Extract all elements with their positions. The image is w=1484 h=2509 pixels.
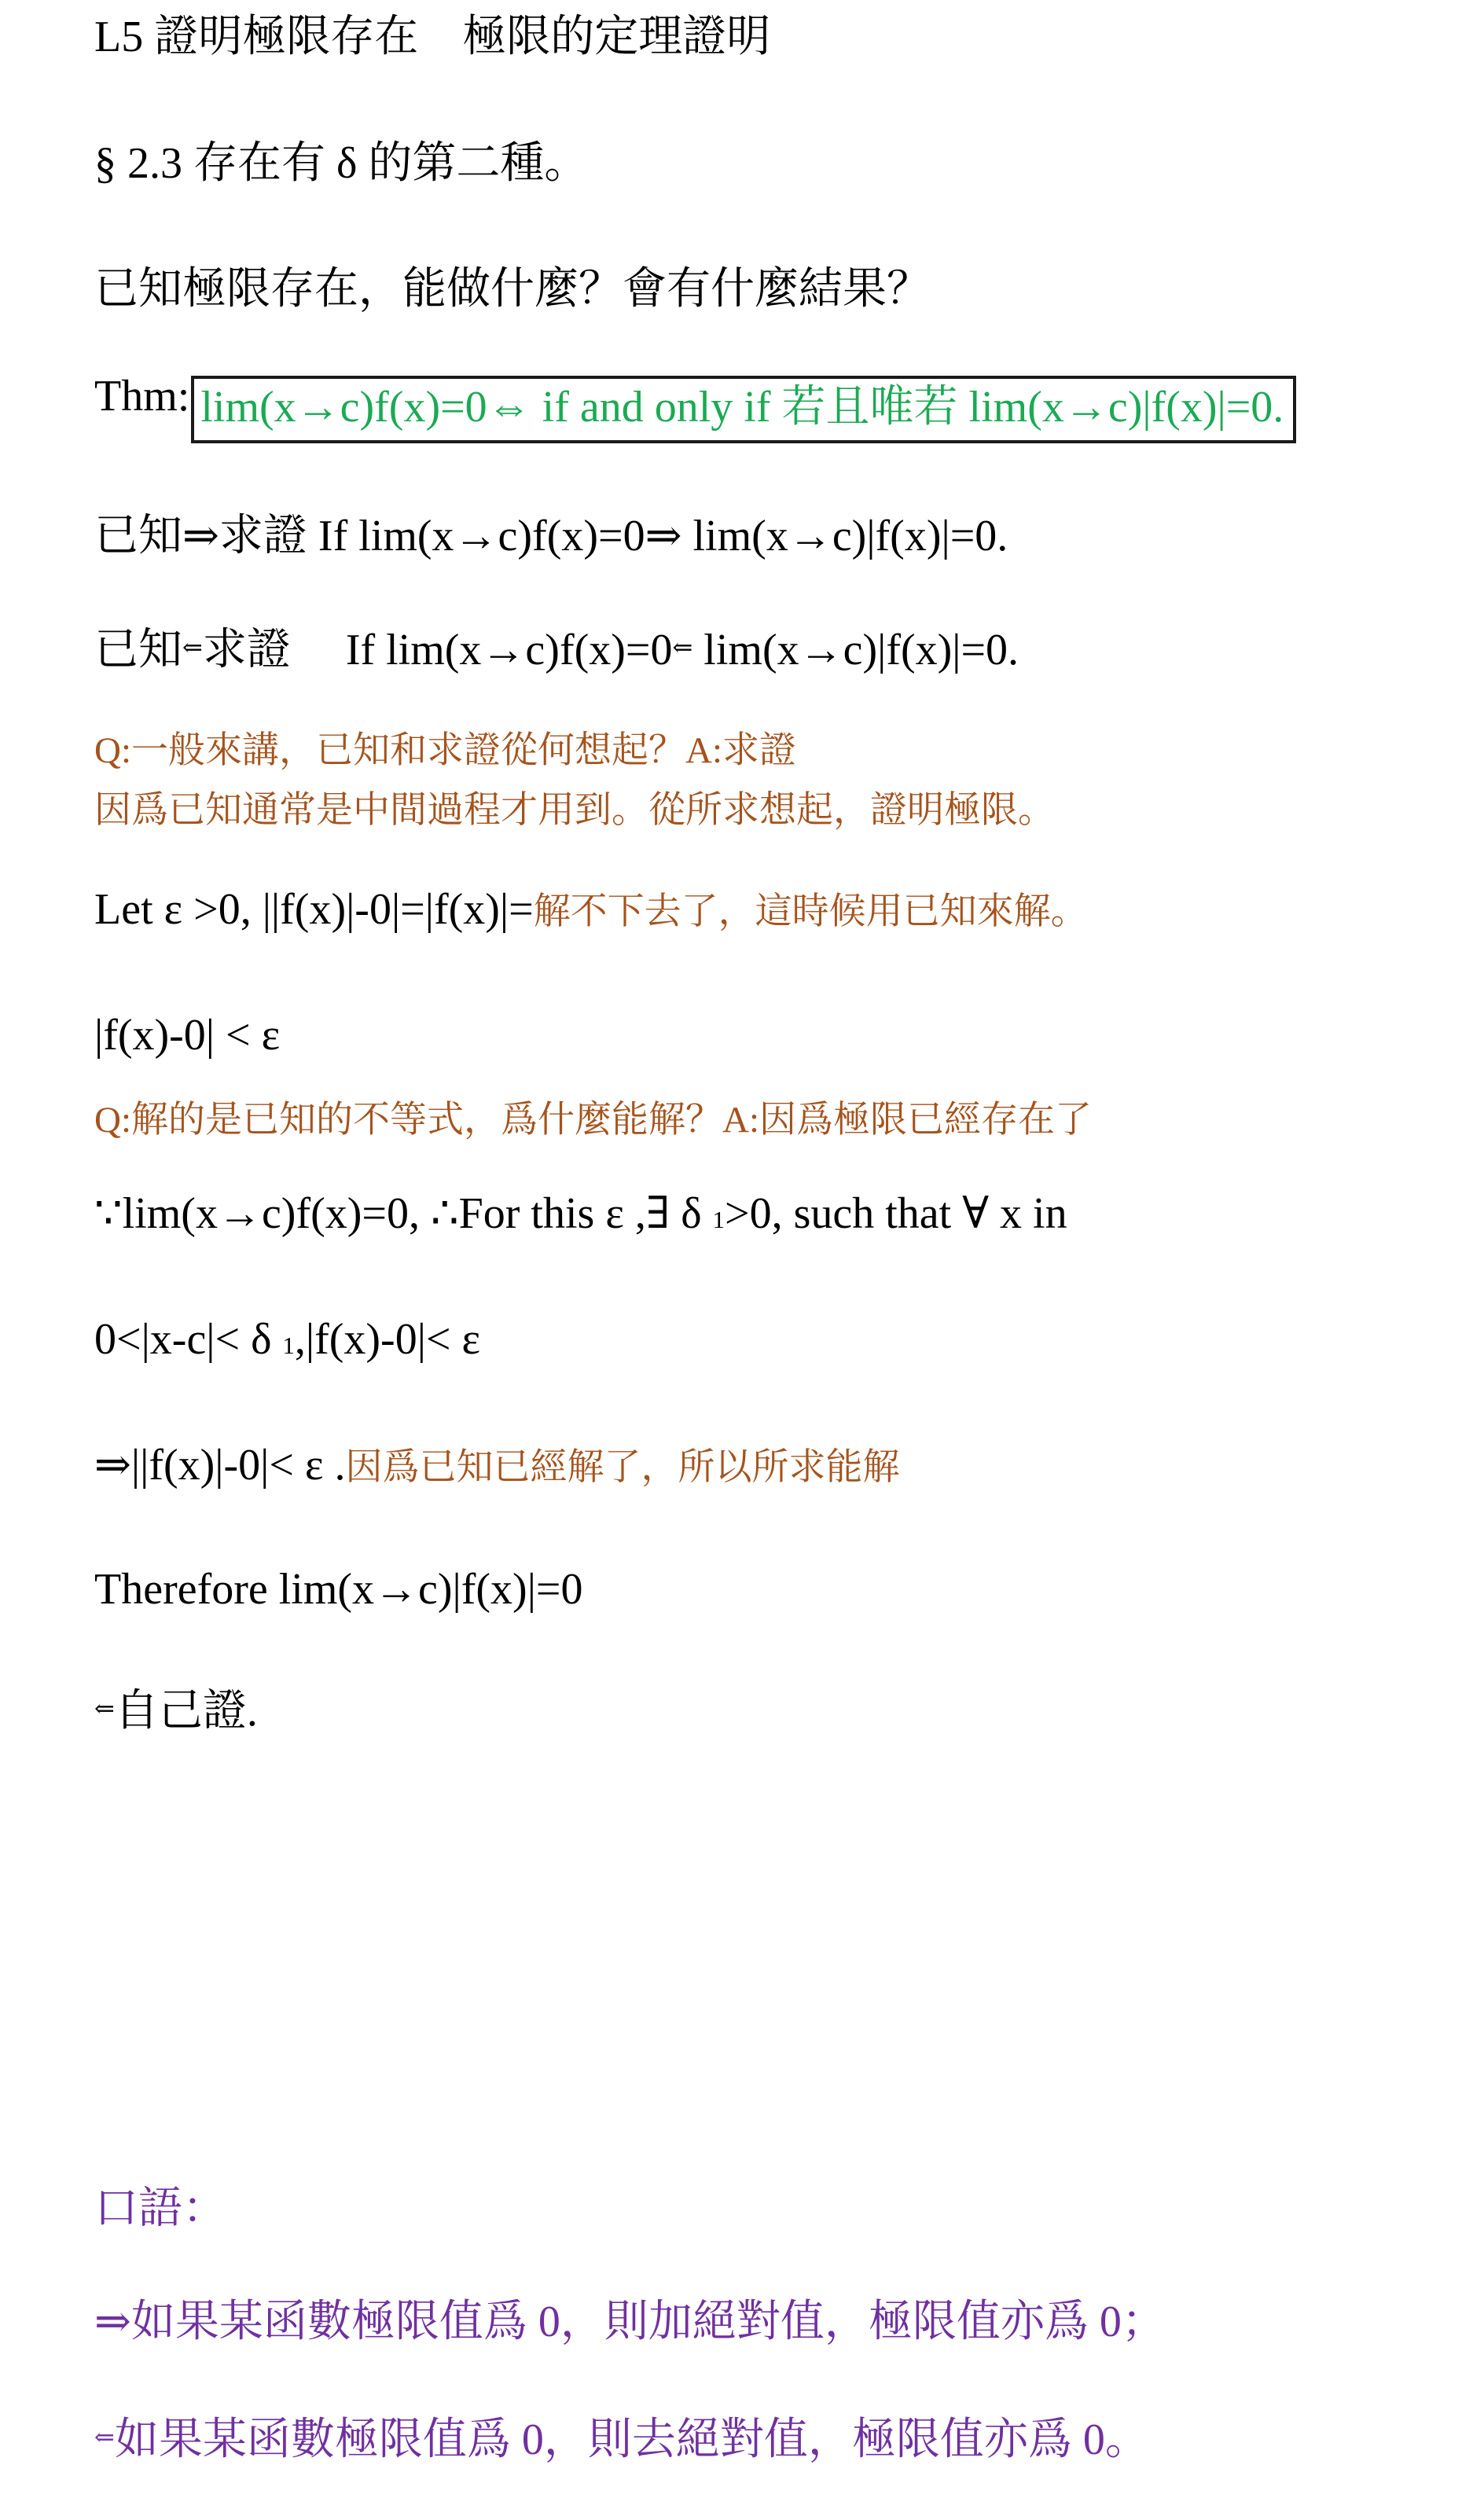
delta-subscript: 1: [713, 1207, 725, 1233]
math-segment: ∵lim(x→c)f(x)=0, ∴For this ε ,∃ δ: [94, 1189, 713, 1238]
text-segment: 自己證.: [115, 1687, 258, 1736]
qa-hint-line-3: Q:解的是已知的不等式，爲什麼能解？A:因爲極限已經存在了: [94, 1099, 1092, 1141]
proof-since-line: ∵lim(x→c)f(x)=0, ∴For this ε ,∃ δ 1>0, s…: [94, 1188, 1067, 1239]
qa-hint-line-1: Q:一般來講，已知和求證從何想起？A:求證: [94, 729, 796, 772]
colloquial-heading-line: 口語：: [94, 2184, 226, 2234]
left-double-arrow-icon: ⇐: [672, 634, 692, 661]
title-line: L5 證明極限存在 極限的定理證明: [94, 12, 770, 62]
theorem-statement: lim(x→c)f(x)=0⇔ if and only if 若且唯若 lim(…: [200, 383, 1284, 432]
annotation-text: Q:一般來講，已知和求證從何想起？A:求證: [94, 730, 796, 771]
math-segment: 0<|x-c|< δ: [94, 1315, 282, 1364]
annotation-text: Q:解的是已知的不等式，爲什麼能解？A:因爲極限已經存在了: [94, 1100, 1092, 1141]
math-segment: |f(x)-0| < ε: [94, 1011, 280, 1060]
proof-delta-line: 0<|x-c|< δ 1,|f(x)-0|< ε: [94, 1314, 480, 1365]
qa-hint-line-2: 因爲已知通常是中間過程才用到。從所求想起，證明極限。: [94, 789, 1055, 832]
forward-claim-line: 已知⇒求證 If lim(x→c)f(x)=0⇒ lim(x→c)|f(x)|=…: [94, 511, 1008, 561]
proof-implies-line: ⇒||f(x)|-0|< ε .因爲已知已經解了，所以所求能解: [94, 1440, 899, 1490]
proof-therefore-line: Therefore lim(x→c)|f(x)|=0: [94, 1564, 583, 1615]
colloquial-backward: 如果某函數極限值爲 0，則去絕對值，極限值亦爲 0。: [115, 2415, 1149, 2464]
left-double-arrow-icon: ⇐: [94, 2424, 115, 2451]
math-segment: Let ε >0, ||f(x)|-0|=|f(x)|=: [94, 885, 534, 934]
section-line: § 2.3 存在有 δ 的第二種。: [94, 138, 588, 189]
math-segment: ,|f(x)-0|< ε: [295, 1315, 480, 1364]
intro-question: 已知極限存在，能做什麼？會有什麼結果？: [94, 265, 931, 314]
delta-subscript: 1: [282, 1332, 294, 1359]
annotation-text: 因爲已知通常是中間過程才用到。從所求想起，證明極限。: [94, 790, 1055, 831]
forward-claim: 已知⇒求證 If lim(x→c)f(x)=0⇒ lim(x→c)|f(x)|=…: [94, 512, 1008, 560]
colloquial-forward: ⇒如果某函數極限值爲 0，則加絕對值，極限值亦爲 0；: [94, 2298, 1166, 2346]
text-segment: 求證 If lim(x→c)f(x)=0: [203, 626, 673, 674]
left-double-arrow-icon: ⇐: [182, 634, 203, 661]
section-heading: § 2.3 存在有 δ 的第二種。: [94, 139, 588, 188]
annotation-text: 解不下去了，這時候用已知來解。: [534, 891, 1088, 932]
colloquial-forward-line: ⇒如果某函數極限值爲 0，則加絕對值，極限值亦爲 0；: [94, 2297, 1166, 2347]
proof-let-line: Let ε >0, ||f(x)|-0|=|f(x)|=解不下去了，這時候用已知…: [94, 884, 1088, 935]
left-double-arrow-icon: ⇐: [94, 1695, 115, 1722]
proof-ineq-line: |f(x)-0| < ε: [94, 1010, 280, 1060]
theorem-line: Thm:lim(x→c)f(x)=0⇔ if and only if 若且唯若 …: [94, 371, 1296, 443]
math-segment: >0, such that ∀ x in: [725, 1189, 1067, 1238]
annotation-text: 因爲已知已經解了，所以所求能解: [345, 1447, 899, 1488]
proof-converse-line: ⇐自己證.: [94, 1686, 258, 1736]
theorem-box: lim(x→c)f(x)=0⇔ if and only if 若且唯若 lim(…: [191, 376, 1296, 443]
math-segment: Therefore lim(x→c)|f(x)|=0: [94, 1565, 583, 1614]
backward-claim-line: 已知⇐求證 If lim(x→c)f(x)=0⇐ lim(x→c)|f(x)|=…: [94, 625, 1019, 675]
colloquial-heading: 口語：: [94, 2184, 226, 2233]
colloquial-backward-line: ⇐如果某函數極限值爲 0，則去絕對值，極限值亦爲 0。: [94, 2415, 1149, 2465]
text-segment: lim(x→c)|f(x)|=0.: [692, 626, 1019, 674]
theorem-label: Thm:: [94, 372, 189, 421]
intro-question-line: 已知極限存在，能做什麼？會有什麼結果？: [94, 264, 931, 314]
math-segment: ⇒||f(x)|-0|< ε .: [94, 1441, 345, 1490]
text-segment: 已知: [94, 626, 182, 674]
page-title: L5 證明極限存在 極限的定理證明: [94, 13, 770, 61]
